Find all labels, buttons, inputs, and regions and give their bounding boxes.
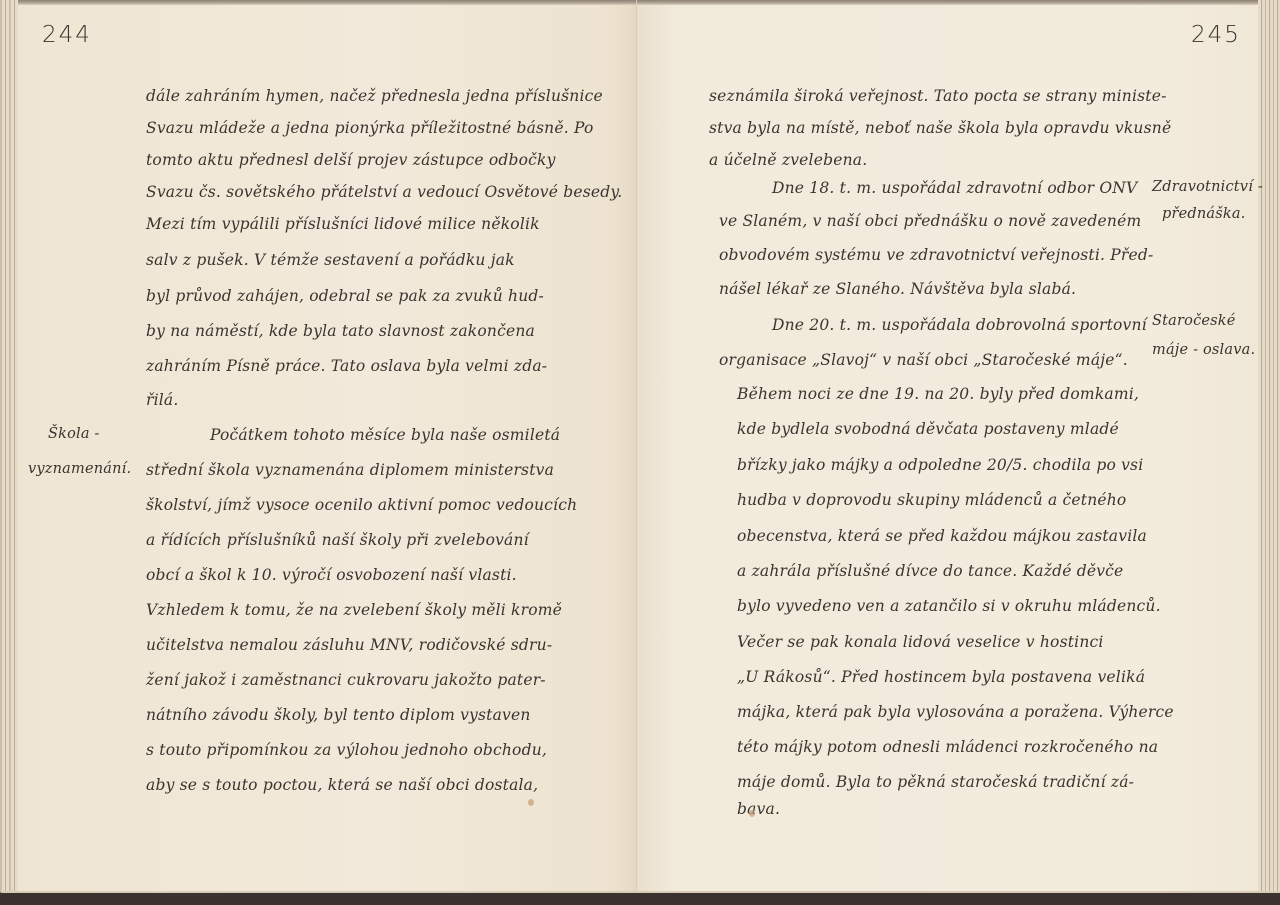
text-line: bava. xyxy=(737,800,780,818)
text-line: Dne 18. t. m. uspořádal zdravotní odbor … xyxy=(772,179,1137,197)
right-page: 245 seznámila široká veřejnost. Tato poc… xyxy=(637,0,1280,893)
ink-stain xyxy=(749,810,755,817)
text-line: Počátkem tohoto měsíce byla naše osmilet… xyxy=(210,426,560,444)
page-number: 244 xyxy=(42,22,92,48)
text-line: byl průvod zahájen, odebral se pak za zv… xyxy=(146,287,544,305)
page-stack-edge xyxy=(0,0,18,891)
text-line: Během noci ze dne 19. na 20. byly před d… xyxy=(737,385,1139,403)
margin-note-line: vyznamenání. xyxy=(28,461,131,477)
page-top-edge xyxy=(0,0,637,5)
page-top-edge xyxy=(637,0,1280,5)
text-line: Svazu mládeže a jedna pionýrka příležito… xyxy=(146,119,594,137)
margin-note-line: Staročeské xyxy=(1152,313,1236,329)
margin-note-line: Škola - xyxy=(48,426,100,442)
text-line: s touto připomínkou za výlohou jednoho o… xyxy=(146,741,547,759)
text-line: tomto aktu přednesl delší projev zástupc… xyxy=(146,151,556,169)
margin-note-line: máje - oslava. xyxy=(1152,342,1255,358)
page-number: 245 xyxy=(1191,22,1241,48)
margin-note-line: Zdravotnictví - xyxy=(1152,179,1263,195)
text-line: nátního závodu školy, byl tento diplom v… xyxy=(146,706,531,724)
text-line: Mezi tím vypálili příslušníci lidové mil… xyxy=(146,215,540,233)
text-line: a účelně zvelebena. xyxy=(709,151,867,169)
text-line: hudba v doprovodu skupiny mládenců a čet… xyxy=(737,491,1126,509)
text-line: Dne 20. t. m. uspořádala dobrovolná spor… xyxy=(772,316,1147,334)
text-line: nášel lékař ze Slaného. Návštěva byla sl… xyxy=(719,280,1076,298)
page-stack-edge xyxy=(1258,0,1280,891)
text-line: salv z pušek. V témže sestavení a pořádk… xyxy=(146,251,515,269)
text-line: obcí a škol k 10. výročí osvobození naší… xyxy=(146,566,517,584)
text-line: ve Slaném, v naší obci přednášku o nově … xyxy=(719,212,1141,230)
text-line: obecenstva, která se před každou májkou … xyxy=(737,527,1147,545)
text-line: májka, která pak byla vylosována a poraž… xyxy=(737,703,1174,721)
text-line: by na náměstí, kde byla tato slavnost za… xyxy=(146,322,535,340)
text-line: Vzhledem k tomu, že na zvelebení školy m… xyxy=(146,601,562,619)
text-line: zahráním Písně práce. Tato oslava byla v… xyxy=(146,357,547,375)
text-line: stva byla na místě, neboť naše škola byl… xyxy=(709,119,1171,137)
ink-stain xyxy=(528,799,534,806)
text-line: učitelstva nemalou zásluhu MNV, rodičovs… xyxy=(146,636,552,654)
text-line: a řídících příslušníků naší školy při zv… xyxy=(146,531,529,549)
text-line: máje domů. Byla to pěkná staročeská trad… xyxy=(737,773,1134,791)
left-page: 244 dále zahráním hymen, načež přednesla… xyxy=(0,0,637,893)
text-line: břízky jako májky a odpoledne 20/5. chod… xyxy=(737,456,1143,474)
text-line: žení jakož i zaměstnanci cukrovaru jakož… xyxy=(146,671,546,689)
text-line: školství, jímž vysoce ocenilo aktivní po… xyxy=(146,496,577,514)
text-line: řilá. xyxy=(146,391,179,409)
text-line: Svazu čs. sovětského přátelství a vedouc… xyxy=(146,183,622,201)
text-line: kde bydlela svobodná děvčata postaveny m… xyxy=(737,420,1119,438)
text-line: aby se s touto poctou, která se naší obc… xyxy=(146,776,538,794)
text-line: Večer se pak konala lidová veselice v ho… xyxy=(737,633,1104,651)
text-line: „U Rákosů“. Před hostincem byla postaven… xyxy=(737,668,1145,686)
text-line: střední škola vyznamenána diplomem minis… xyxy=(146,461,554,479)
text-line: seznámila široká veřejnost. Tato pocta s… xyxy=(709,87,1167,105)
text-line: této májky potom odnesli mládenci rozkro… xyxy=(737,738,1158,756)
text-line: a zahrála příslušné dívce do tance. Každ… xyxy=(737,562,1123,580)
open-book: 244 dále zahráním hymen, načež přednesla… xyxy=(0,0,1280,893)
text-line: obvodovém systému ve zdravotnictví veřej… xyxy=(719,246,1153,264)
text-line: dále zahráním hymen, načež přednesla jed… xyxy=(146,87,603,105)
margin-note-line: přednáška. xyxy=(1162,206,1246,222)
text-line: bylo vyvedeno ven a zatančilo si v okruh… xyxy=(737,597,1161,615)
text-line: organisace „Slavoj“ v naší obci „Staroče… xyxy=(719,351,1128,369)
